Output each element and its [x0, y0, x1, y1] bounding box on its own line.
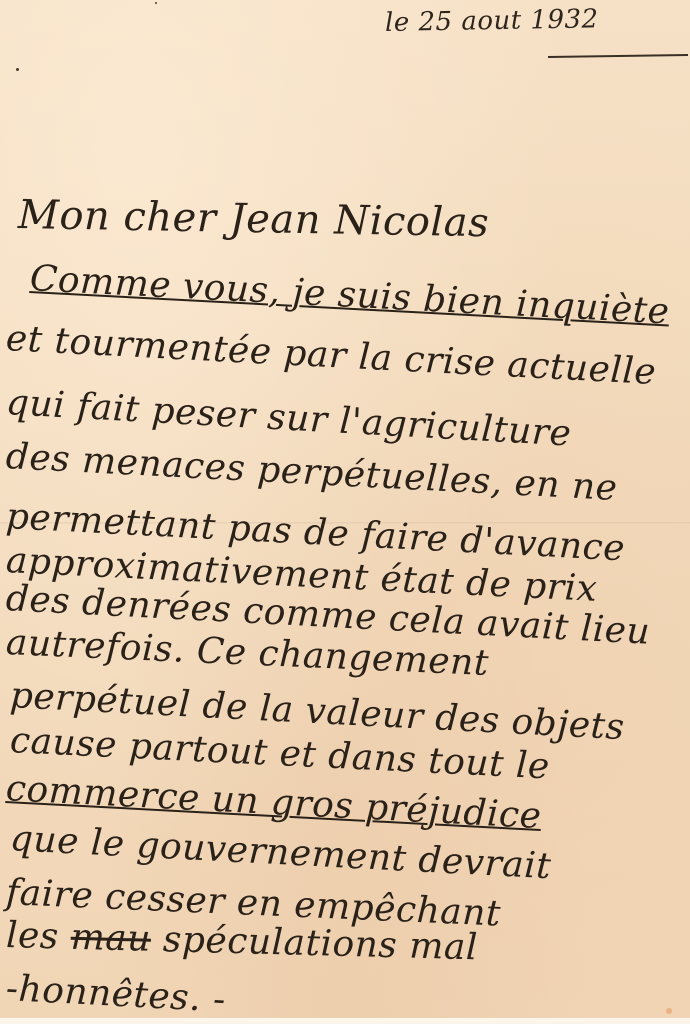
paper-speck [16, 68, 19, 71]
body-line-14-end: spéculations mal [162, 919, 478, 968]
body-line-1: Comme vous, je suis bien inquiète [29, 258, 671, 332]
letter-salutation: Mon cher Jean Nicolas [18, 192, 490, 246]
paper-speck [155, 2, 157, 4]
letter-date: le 25 aout 1932 [385, 4, 599, 38]
date-underline [548, 54, 688, 57]
letter-page: le 25 aout 1932 Mon cher Jean Nicolas Co… [0, 0, 690, 1024]
body-line-14-start: les [5, 915, 59, 957]
paper-stain [666, 1008, 672, 1014]
body-line-15: -honnêtes. - [5, 968, 227, 1020]
paper-bottom-edge [0, 1018, 690, 1024]
body-line-2: et tourmentée par la crise actuelle [5, 318, 657, 393]
struck-out-word: mau [70, 917, 151, 960]
